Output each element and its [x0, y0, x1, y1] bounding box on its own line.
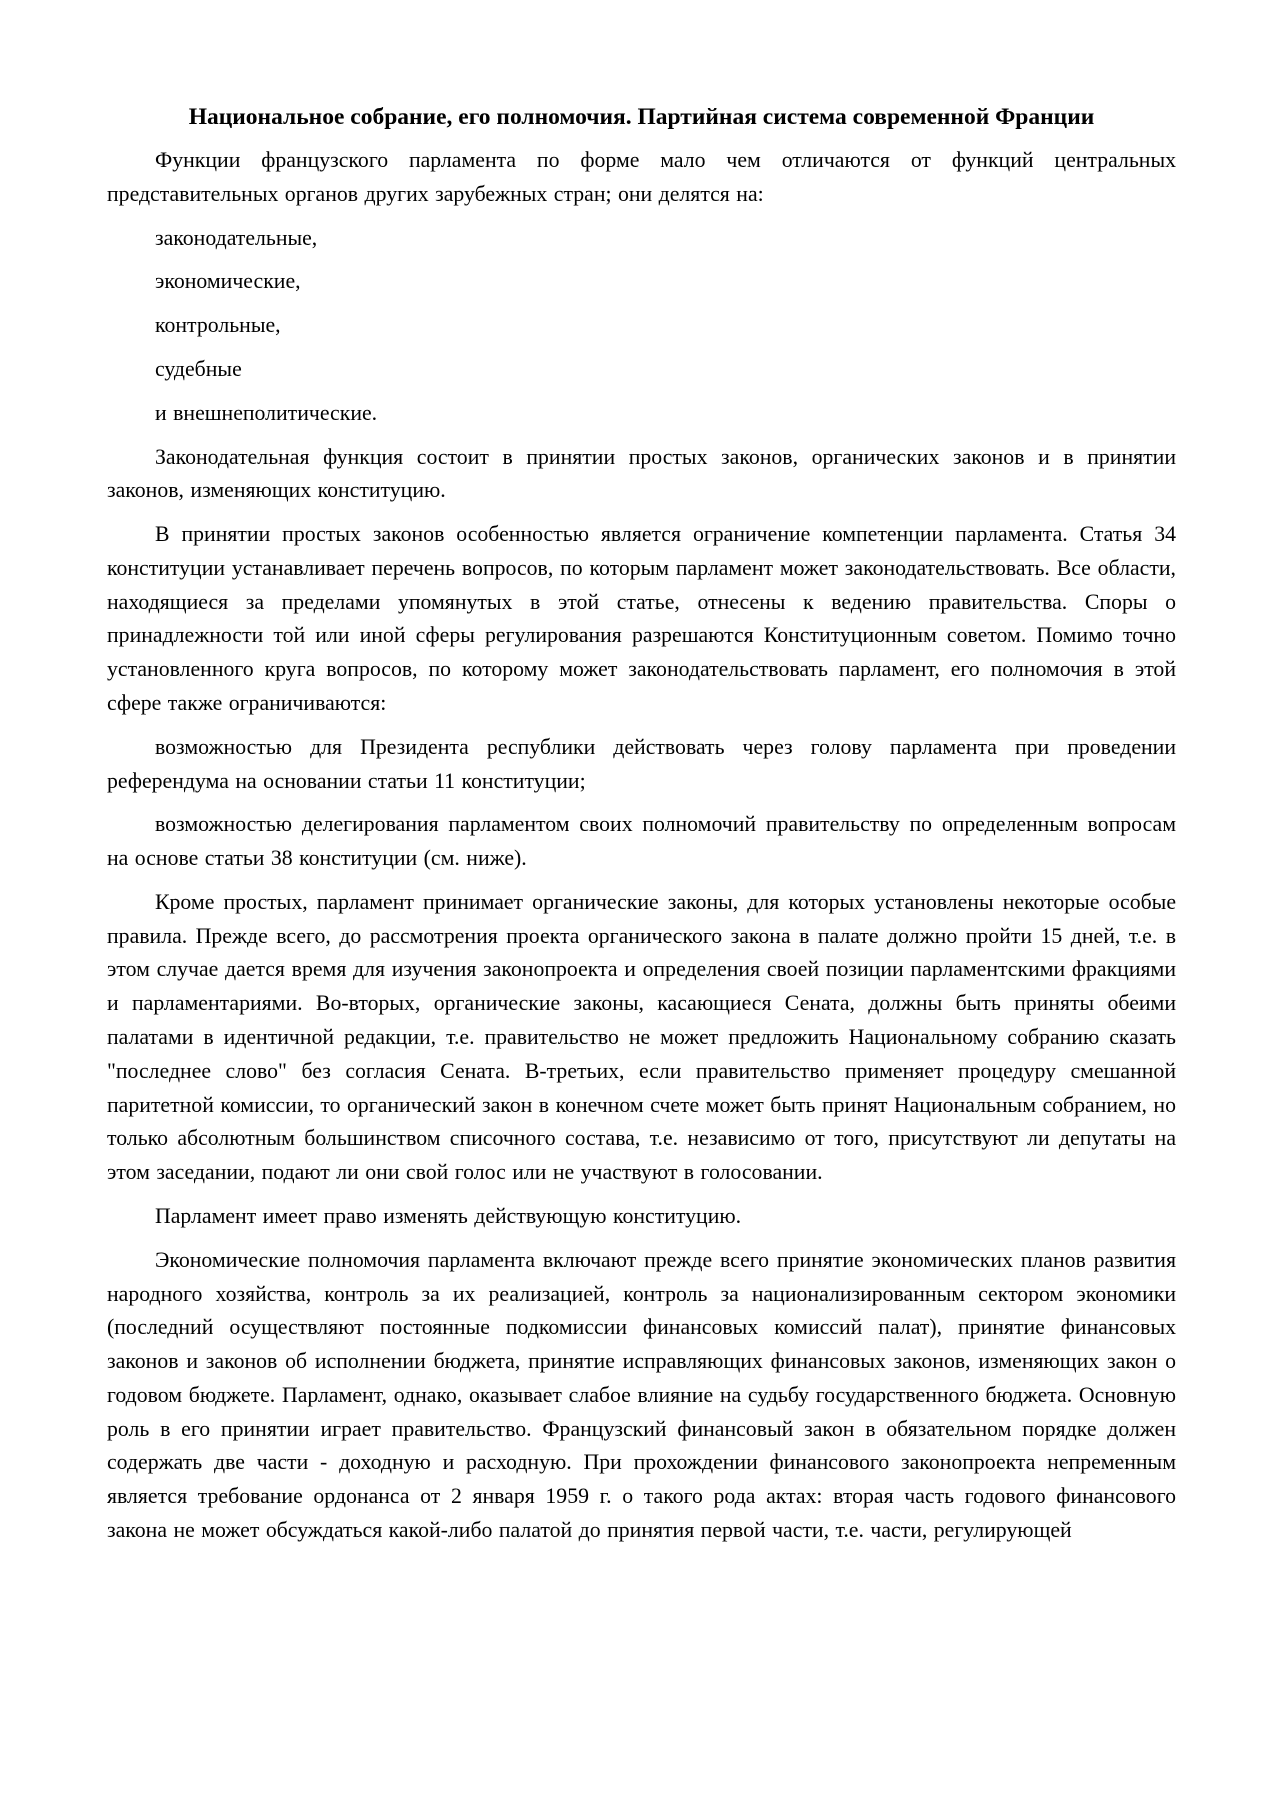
paragraph: Функции французского парламента по форме… [107, 144, 1176, 212]
paragraph: Парламент имеет право изменять действующ… [107, 1200, 1176, 1234]
paragraph: законодательные, [107, 222, 1176, 256]
paragraph: возможностью делегирования парламентом с… [107, 808, 1176, 876]
paragraph: контрольные, [107, 309, 1176, 343]
paragraph: Экономические полномочия парламента вклю… [107, 1244, 1176, 1548]
document-page: Национальное собрание, его полномочия. П… [0, 0, 1280, 1811]
paragraph: возможностью для Президента республики д… [107, 731, 1176, 799]
paragraph: Кроме простых, парламент принимает орган… [107, 886, 1176, 1190]
paragraph: судебные [107, 353, 1176, 387]
paragraph: экономические, [107, 265, 1176, 299]
paragraph: Законодательная функция состоит в принят… [107, 441, 1176, 509]
paragraph: В принятии простых законов особенностью … [107, 518, 1176, 721]
page-title: Национальное собрание, его полномочия. П… [107, 98, 1176, 136]
document-body: Функции французского парламента по форме… [107, 144, 1176, 1548]
paragraph: и внешнеполитические. [107, 397, 1176, 431]
